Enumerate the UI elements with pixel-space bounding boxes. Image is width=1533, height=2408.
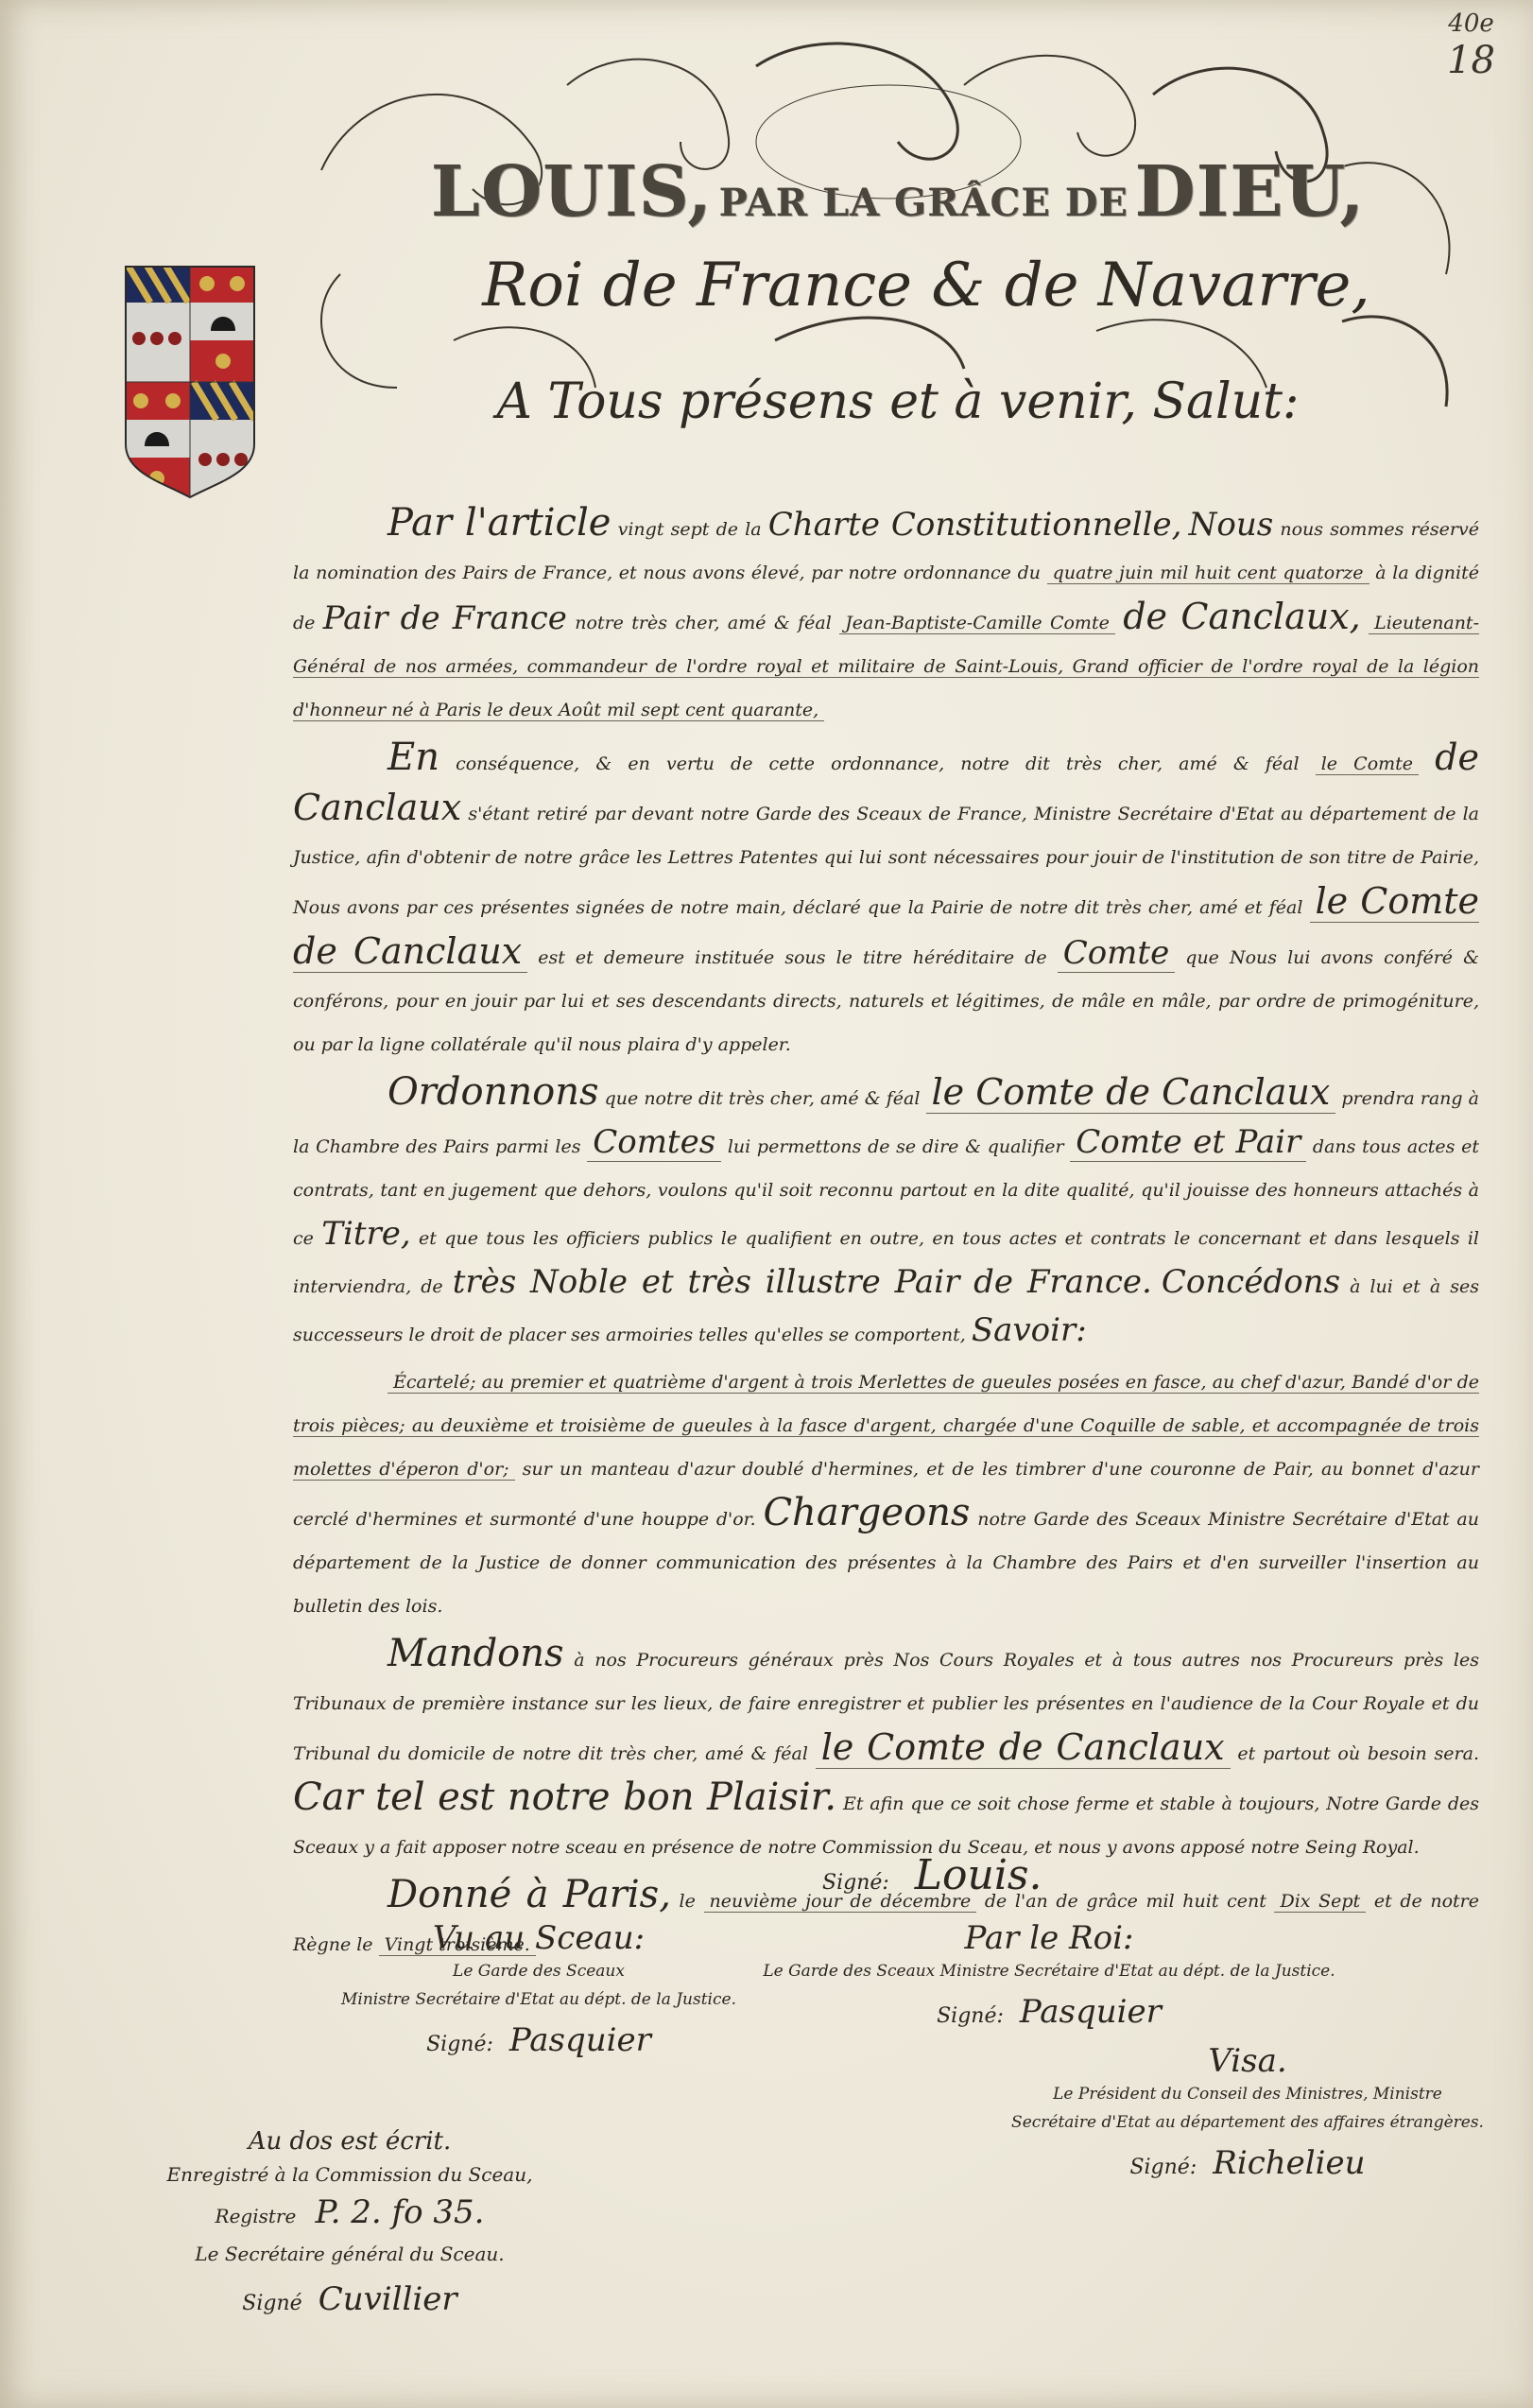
- block-line: Le Garde des Sceaux Ministre Secrétaire …: [737, 1957, 1361, 1985]
- emph-titre: Titre,: [321, 1215, 410, 1253]
- paragraph-blazon: Écartelé; au premier et quatrième d'arge…: [293, 1360, 1479, 1628]
- block-line: Enregistré à la Commission du Sceau,: [95, 2156, 605, 2193]
- text: notre très cher, amé & féal: [575, 613, 832, 633]
- text: s'étant retiré par devant notre Garde de…: [293, 804, 1479, 918]
- emph-nous: Nous: [1189, 506, 1274, 544]
- block-heading: Visa.: [983, 2042, 1512, 2080]
- signature-pasquier: Pasquier: [1020, 1993, 1162, 2031]
- signe-label: Signé:: [1129, 2156, 1197, 2179]
- vu-au-sceau-block: Vu au Sceau: Le Garde des Sceaux Ministr…: [312, 1919, 766, 2059]
- filled-comtes: Comtes: [587, 1123, 721, 1162]
- emph-bon-plaisir: Car tel est notre bon Plaisir.: [293, 1776, 836, 1819]
- signature-louis: Louis.: [915, 1851, 1042, 1899]
- title-salut: A Tous présens et à venir, Salut:: [397, 373, 1399, 430]
- signature-cuvillier: Cuvillier: [319, 2280, 457, 2318]
- block-line: Ministre Secrétaire d'Etat au dépt. de l…: [312, 1985, 766, 2014]
- filled-name: le Comte de Canclaux: [816, 1726, 1231, 1769]
- signature-line: Signé: Pasquier: [737, 1993, 1361, 2031]
- signe-label: Signé:: [426, 2033, 493, 2056]
- block-heading: Au dos est écrit.: [95, 2127, 605, 2156]
- filled-title: Comte: [1058, 934, 1176, 973]
- text: est et demeure instituée sous le titre h…: [538, 947, 1046, 968]
- paragraph-mandons: Mandons à nos Procureurs généraux près N…: [293, 1632, 1479, 1869]
- text: le: [680, 1891, 696, 1912]
- paragraph-consequence: En conséquence, & en vertu de cette ordo…: [293, 736, 1479, 1066]
- filled-year: Dix Sept: [1274, 1891, 1366, 1913]
- emph-chargeons: Chargeons: [763, 1491, 970, 1534]
- text: lui permettons de se dire & qualifier: [728, 1136, 1064, 1157]
- emph-concedons: Concédons: [1162, 1263, 1340, 1301]
- emph-tres-noble: très Noble et très illustre Pair de Fran…: [453, 1263, 1152, 1301]
- text: vingt sept de la: [618, 519, 762, 540]
- signature-line: Signé Cuvillier: [95, 2280, 605, 2318]
- letters-patent-body: Par l'article vingt sept de la Charte Co…: [293, 501, 1479, 1966]
- filled-date: quatre juin mil huit cent quatorze: [1047, 563, 1369, 584]
- lead-par-larticle: Par l'article: [388, 501, 611, 545]
- title-roi-de-france: Roi de France & de Navarre,: [397, 251, 1455, 320]
- title-louis-name: LOUIS,: [431, 151, 713, 233]
- au-dos-block: Au dos est écrit. Enregistré à la Commis…: [95, 2127, 605, 2318]
- block-heading: Vu au Sceau:: [312, 1919, 766, 1957]
- manuscript-page: 40e 18 LOUIS, PAR LA GRÂCE DE DIEU, Roi …: [0, 0, 1533, 2408]
- king-signature: Signé: Louis.: [822, 1851, 1042, 1899]
- filled-name: Jean-Baptiste-Camille Comte: [839, 613, 1115, 634]
- name-canclaux: de Canclaux,: [1123, 596, 1361, 637]
- signe-label: Signé: [242, 2292, 301, 2315]
- title-dieu: DIEU,: [1135, 151, 1366, 233]
- block-line: Le Président du Conseil des Ministres, M…: [983, 2080, 1512, 2108]
- paragraph-charte: Par l'article vingt sept de la Charte Co…: [293, 501, 1479, 732]
- filled-comte-et-pair: Comte et Pair: [1070, 1123, 1306, 1162]
- filled-comte: le Comte: [1316, 754, 1419, 775]
- signature-richelieu: Richelieu: [1213, 2144, 1365, 2182]
- registre-label: Registre: [215, 2205, 297, 2227]
- title-par-la-grace: PAR LA GRÂCE DE: [719, 181, 1128, 225]
- lead-mandons: Mandons: [388, 1632, 564, 1675]
- visa-block: Visa. Le Président du Conseil des Minist…: [983, 2042, 1512, 2182]
- signature-pasquier: Pasquier: [509, 2021, 651, 2059]
- registre-line: Registre P. 2. fo 35.: [95, 2193, 605, 2235]
- par-le-roi-block: Par le Roi: Le Garde des Sceaux Ministre…: [737, 1919, 1361, 2031]
- text: et partout où besoin sera.: [1237, 1743, 1479, 1764]
- signe-label: Signé:: [822, 1871, 889, 1895]
- block-heading: Par le Roi:: [737, 1919, 1361, 1957]
- emph-charte: Charte Constitutionnelle,: [768, 506, 1182, 544]
- block-line: Secrétaire d'Etat au département des aff…: [983, 2108, 1512, 2137]
- emph-pair-de-france: Pair de France: [323, 599, 567, 637]
- block-line: Le Garde des Sceaux: [312, 1957, 766, 1985]
- filled-name: le Comte de Canclaux: [926, 1071, 1336, 1114]
- text: que notre dit très cher, amé & féal: [605, 1088, 921, 1109]
- emph-savoir: Savoir:: [972, 1311, 1087, 1349]
- coat-of-arms-icon: [124, 265, 256, 499]
- signature-line: Signé: Pasquier: [312, 2021, 766, 2059]
- registre-value: P. 2. fo 35.: [316, 2193, 485, 2231]
- paragraph-ordonnons: Ordonnons que notre dit très cher, amé &…: [293, 1070, 1479, 1357]
- block-line: Le Secrétaire général du Sceau.: [95, 2235, 605, 2273]
- text: conséquence, & en vertu de cette ordonna…: [456, 754, 1300, 774]
- signature-line: Signé: Richelieu: [983, 2144, 1512, 2182]
- signe-label: Signé:: [937, 2004, 1004, 2028]
- title-louis: LOUIS, PAR LA GRÂCE DE DIEU,: [359, 151, 1437, 233]
- lead-donne-a-paris: Donné à Paris,: [388, 1873, 671, 1916]
- lead-ordonnons: Ordonnons: [388, 1070, 599, 1114]
- lead-en: En: [388, 736, 439, 779]
